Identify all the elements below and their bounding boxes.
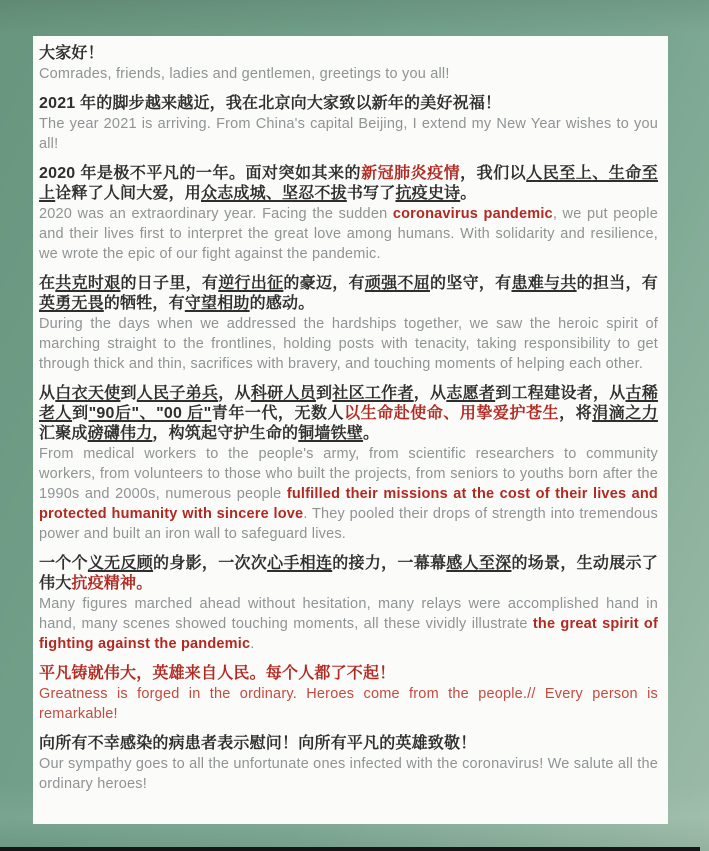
text-run: coronavirus pandemic bbox=[393, 206, 553, 222]
text-block: 平凡铸就伟大，英雄来自人民。每个人都了不起！Greatness is forge… bbox=[39, 664, 658, 724]
paragraph-en: 2020 was an extraordinary year. Facing t… bbox=[39, 204, 658, 264]
paragraph-zh: 大家好！ bbox=[39, 44, 658, 64]
text-run: ，从 bbox=[218, 385, 251, 402]
paragraph-zh: 从白衣天使到人民子弟兵，从科研人员到社区工作者，从志愿者到工程建设者，从古稀老人… bbox=[39, 384, 658, 444]
text-run: 到工程建设者，从 bbox=[495, 385, 625, 402]
text-run: 青年一代，无数人 bbox=[211, 405, 344, 422]
text-run: 的感动。 bbox=[250, 295, 315, 312]
text-run: 人民子弟兵 bbox=[137, 385, 218, 402]
text-run: 的接力，一幕幕 bbox=[332, 555, 446, 572]
text-run: 感人至深 bbox=[446, 555, 511, 572]
text-run: 铜墙铁壁 bbox=[298, 425, 363, 442]
text-run: 逆行出征 bbox=[218, 275, 283, 292]
text-run: 。 bbox=[363, 425, 379, 442]
text-run: 从 bbox=[39, 385, 55, 402]
text-run: 到 bbox=[72, 405, 89, 422]
text-run: 的坚守，有 bbox=[430, 275, 511, 292]
text-block: 在共克时艰的日子里，有逆行出征的豪迈，有顽强不屈的坚守，有患难与共的担当，有英勇… bbox=[39, 274, 658, 374]
text-run: 英勇无畏 bbox=[39, 295, 104, 312]
text-run: 心手相连 bbox=[267, 555, 332, 572]
text-run: ，我们以 bbox=[460, 165, 526, 182]
paragraph-zh: 2021 年的脚步越来越近，我在北京向大家致以新年的美好祝福！ bbox=[39, 94, 658, 114]
text-run: 志愿者 bbox=[446, 385, 495, 402]
text-block: 2021 年的脚步越来越近，我在北京向大家致以新年的美好祝福！The year … bbox=[39, 94, 658, 154]
text-run: 一个个 bbox=[39, 555, 88, 572]
text-block: 2020 年是极不平凡的一年。面对突如其来的新冠肺炎疫情，我们以人民至上、生命至… bbox=[39, 164, 658, 264]
text-run: 的身影，一次次 bbox=[153, 555, 267, 572]
text-run: 大家好！ bbox=[39, 45, 104, 62]
text-run: . bbox=[250, 636, 254, 652]
text-run: 白衣天使 bbox=[55, 385, 120, 402]
text-run: Comrades, friends, ladies and gentlemen,… bbox=[39, 66, 450, 82]
text-run: 向所有不幸感染的病患者表示慰问！向所有平凡的英雄致敬！ bbox=[39, 735, 476, 752]
text-run: "90后"、"00 后" bbox=[89, 405, 212, 422]
text-run: 新冠肺炎疫情 bbox=[361, 165, 460, 182]
paragraph-en: Greatness is forged in the ordinary. Her… bbox=[39, 684, 658, 724]
text-run: 平凡铸就伟大，英雄来自人民。每个人都了不起！ bbox=[39, 665, 395, 682]
text-run: 患难与共 bbox=[511, 275, 576, 292]
text-run: ，将 bbox=[559, 405, 592, 422]
photo-background: { "colors": { "background_green": "#74a2… bbox=[0, 0, 709, 851]
text-run: 。 bbox=[460, 185, 476, 202]
text-block: 一个个义无反顾的身影，一次次心手相连的接力，一幕幕感人至深的场景，生动展示了伟大… bbox=[39, 554, 658, 654]
paragraph-en: During the days when we addressed the ha… bbox=[39, 314, 658, 374]
paragraph-en: From medical workers to the people's arm… bbox=[39, 444, 658, 544]
text-run: 众志成城、坚忍不拔 bbox=[201, 185, 347, 202]
bottom-black-strip bbox=[0, 847, 700, 851]
text-run: Greatness is forged in the ordinary. Her… bbox=[39, 686, 658, 722]
text-block: 大家好！Comrades, friends, ladies and gentle… bbox=[39, 44, 658, 84]
document-page: 大家好！Comrades, friends, ladies and gentle… bbox=[33, 36, 668, 824]
text-run: 诠释了人间大爱，用 bbox=[55, 185, 201, 202]
paragraph-en: Our sympathy goes to all the unfortunate… bbox=[39, 754, 658, 794]
text-run: 抗疫史诗 bbox=[395, 185, 460, 202]
text-run: 以生命赴使命、用挚爱护苍生 bbox=[344, 405, 559, 422]
paragraph-zh: 2020 年是极不平凡的一年。面对突如其来的新冠肺炎疫情，我们以人民至上、生命至… bbox=[39, 164, 658, 204]
text-run: 2020 年是极不平凡的一年。面对突如其来的 bbox=[39, 165, 361, 182]
text-run: ，构筑起守护生命的 bbox=[152, 425, 298, 442]
text-run: 义无反顾 bbox=[88, 555, 153, 572]
text-run: 的日子里，有 bbox=[120, 275, 218, 292]
text-run: 抗疫精神。 bbox=[71, 575, 152, 592]
text-run: 在 bbox=[39, 275, 55, 292]
paragraph-en: Many figures marched ahead without hesit… bbox=[39, 594, 658, 654]
text-run: 磅礴伟力 bbox=[88, 425, 153, 442]
text-run: The year 2021 is arriving. From China's … bbox=[39, 116, 658, 152]
text-run: During the days when we addressed the ha… bbox=[39, 316, 658, 372]
text-run: 的担当，有 bbox=[577, 275, 658, 292]
text-run: 书写了 bbox=[347, 185, 396, 202]
paragraph-en: Comrades, friends, ladies and gentlemen,… bbox=[39, 64, 658, 84]
text-run: 守望相助 bbox=[185, 295, 250, 312]
text-run: 2020 was an extraordinary year. Facing t… bbox=[39, 206, 393, 222]
text-run: 到 bbox=[120, 385, 136, 402]
text-run: 科研人员 bbox=[251, 385, 316, 402]
paragraph-en: The year 2021 is arriving. From China's … bbox=[39, 114, 658, 154]
paragraph-zh: 一个个义无反顾的身影，一次次心手相连的接力，一幕幕感人至深的场景，生动展示了伟大… bbox=[39, 554, 658, 594]
text-run: 的豪迈，有 bbox=[283, 275, 364, 292]
paragraph-zh: 在共克时艰的日子里，有逆行出征的豪迈，有顽强不屈的坚守，有患难与共的担当，有英勇… bbox=[39, 274, 658, 314]
text-run: 涓滴之力 bbox=[592, 405, 658, 422]
text-run: 顽强不屈 bbox=[365, 275, 430, 292]
text-run: 共克时艰 bbox=[55, 275, 120, 292]
text-run: 2021 年的脚步越来越近，我在北京向大家致以新年的美好祝福！ bbox=[39, 95, 501, 112]
text-run: 汇聚成 bbox=[39, 425, 88, 442]
paragraph-zh: 向所有不幸感染的病患者表示慰问！向所有平凡的英雄致敬！ bbox=[39, 734, 658, 754]
text-block: 从白衣天使到人民子弟兵，从科研人员到社区工作者，从志愿者到工程建设者，从古稀老人… bbox=[39, 384, 658, 544]
text-run: Our sympathy goes to all the unfortunate… bbox=[39, 756, 658, 792]
text-run: ，从 bbox=[414, 385, 447, 402]
paragraph-zh: 平凡铸就伟大，英雄来自人民。每个人都了不起！ bbox=[39, 664, 658, 684]
text-run: 到 bbox=[316, 385, 332, 402]
text-run: 的牺牲，有 bbox=[104, 295, 185, 312]
text-block: 向所有不幸感染的病患者表示慰问！向所有平凡的英雄致敬！Our sympathy … bbox=[39, 734, 658, 794]
text-run: 社区工作者 bbox=[332, 385, 413, 402]
